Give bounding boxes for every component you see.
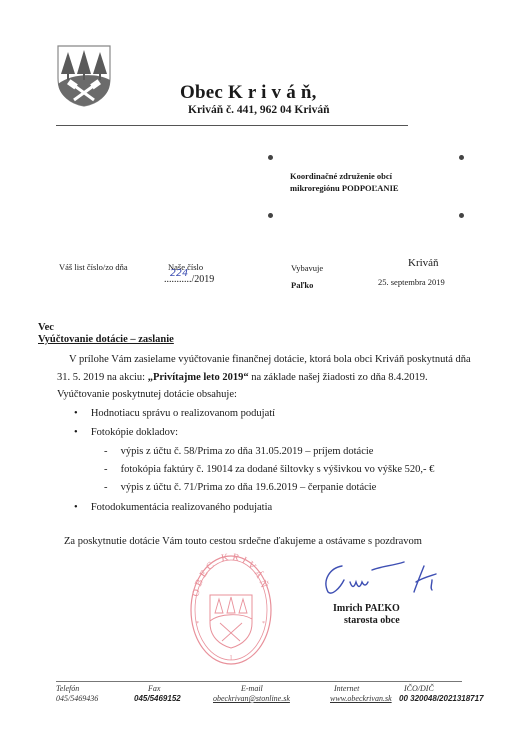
paragraph-text: na základe našej žiadosti zo dňa 8.4.201… xyxy=(249,372,428,383)
sub-list-item: - výpis z účtu č. 58/Prima zo dňa 31.05.… xyxy=(104,446,373,457)
subject-heading: Vec xyxy=(38,322,54,333)
date: 25. septembra 2019 xyxy=(378,277,445,287)
window-mark xyxy=(459,213,464,218)
fax-label: Fax xyxy=(148,684,160,693)
signatory-role: starosta obce xyxy=(344,615,400,626)
list-item-text: Hodnotiacu správu o realizovanom podujat… xyxy=(91,408,275,419)
handwritten-signature-icon xyxy=(320,558,450,598)
svg-text:*: * xyxy=(196,621,199,627)
svg-text:OBEC KRIVÁŇ: OBEC KRIVÁŇ xyxy=(190,553,271,598)
handled-by-label: Vybavuje xyxy=(291,263,323,273)
window-mark xyxy=(268,155,273,160)
list-item: • Fotodokumentácia realizovaného podujat… xyxy=(74,502,272,513)
letterhead-title: Obec K r i v á ň, xyxy=(180,82,317,104)
sub-list-item-text: fotokópia faktúry č. 19014 za dodané šil… xyxy=(121,464,435,475)
closing-line: Za poskytnutie dotácie Vám touto cestou … xyxy=(64,536,422,547)
window-mark xyxy=(268,213,273,218)
list-item: • Hodnotiacu správu o realizovanom poduj… xyxy=(74,408,275,419)
list-item: • Fotokópie dokladov: xyxy=(74,427,178,438)
paragraph-line-1: V prílohe Vám zasielame vyúčtovanie fina… xyxy=(69,354,471,365)
email-label: E-mail xyxy=(241,684,263,693)
recipient-line-1: Koordinačné združenie obcí xyxy=(290,170,399,182)
footer-divider xyxy=(56,681,462,682)
sub-list-item-text: výpis z účtu č. 71/Prima zo dňa 19.6.201… xyxy=(121,482,377,493)
place: Kriváň xyxy=(408,257,439,269)
list-item-text: Fotokópie dokladov: xyxy=(91,427,178,438)
letterhead-address: Kriváň č. 441, 962 04 Kriváň xyxy=(188,104,330,116)
event-name: „Privítajme leto 2019“ xyxy=(148,372,249,383)
fax-value: 045/5469152 xyxy=(134,694,181,703)
your-letter-label: Váš list číslo/zo dňa xyxy=(59,262,128,272)
handled-by-value: Paľko xyxy=(291,280,313,290)
phone-value: 045/5469436 xyxy=(56,694,98,703)
subject-title: Vyúčtovanie dotácie – zaslanie xyxy=(38,334,174,345)
list-item-text: Fotodokumentácia realizovaného podujatia xyxy=(91,502,272,513)
svg-text:*: * xyxy=(262,621,265,627)
coat-of-arms-icon xyxy=(56,44,112,108)
header-divider xyxy=(56,125,408,126)
phone-label: Telefón xyxy=(56,684,79,693)
paragraph-line-2: 31. 5. 2019 na akciu: „Privítajme leto 2… xyxy=(57,372,428,383)
ico-label: IČO/DIČ xyxy=(404,684,434,693)
recipient-line-2: mikroregiónu PODPOĽANIE xyxy=(290,182,399,194)
sub-list-item: - fotokópia faktúry č. 19014 za dodané š… xyxy=(104,464,434,475)
official-stamp-icon: OBEC KRIVÁŇ 1 * * xyxy=(188,553,274,667)
our-number-dots: ........... xyxy=(164,274,192,285)
paragraph-text: 31. 5. 2019 na akciu: xyxy=(57,372,148,383)
internet-label: Internet xyxy=(334,684,359,693)
email-link[interactable]: obeckrivan@stonline.sk xyxy=(213,694,290,703)
svg-text:1: 1 xyxy=(229,654,233,662)
recipient-address: Koordinačné združenie obcí mikroregiónu … xyxy=(290,170,399,194)
ico-value: 00 320048/2021318717 xyxy=(399,694,484,703)
signatory-name: Imrich PAĽKO xyxy=(333,603,400,614)
sub-list-item: - výpis z účtu č. 71/Prima zo dňa 19.6.2… xyxy=(104,482,376,493)
our-number-year: /2019 xyxy=(192,274,215,285)
sub-list-item-text: výpis z účtu č. 58/Prima zo dňa 31.05.20… xyxy=(121,446,374,457)
our-number: .........../2019 xyxy=(164,274,214,285)
contents-intro: Vyúčtovanie poskytnutej dotácie obsahuje… xyxy=(57,389,237,400)
window-mark xyxy=(459,155,464,160)
website-link[interactable]: www.obeckrivan.sk xyxy=(330,694,392,703)
